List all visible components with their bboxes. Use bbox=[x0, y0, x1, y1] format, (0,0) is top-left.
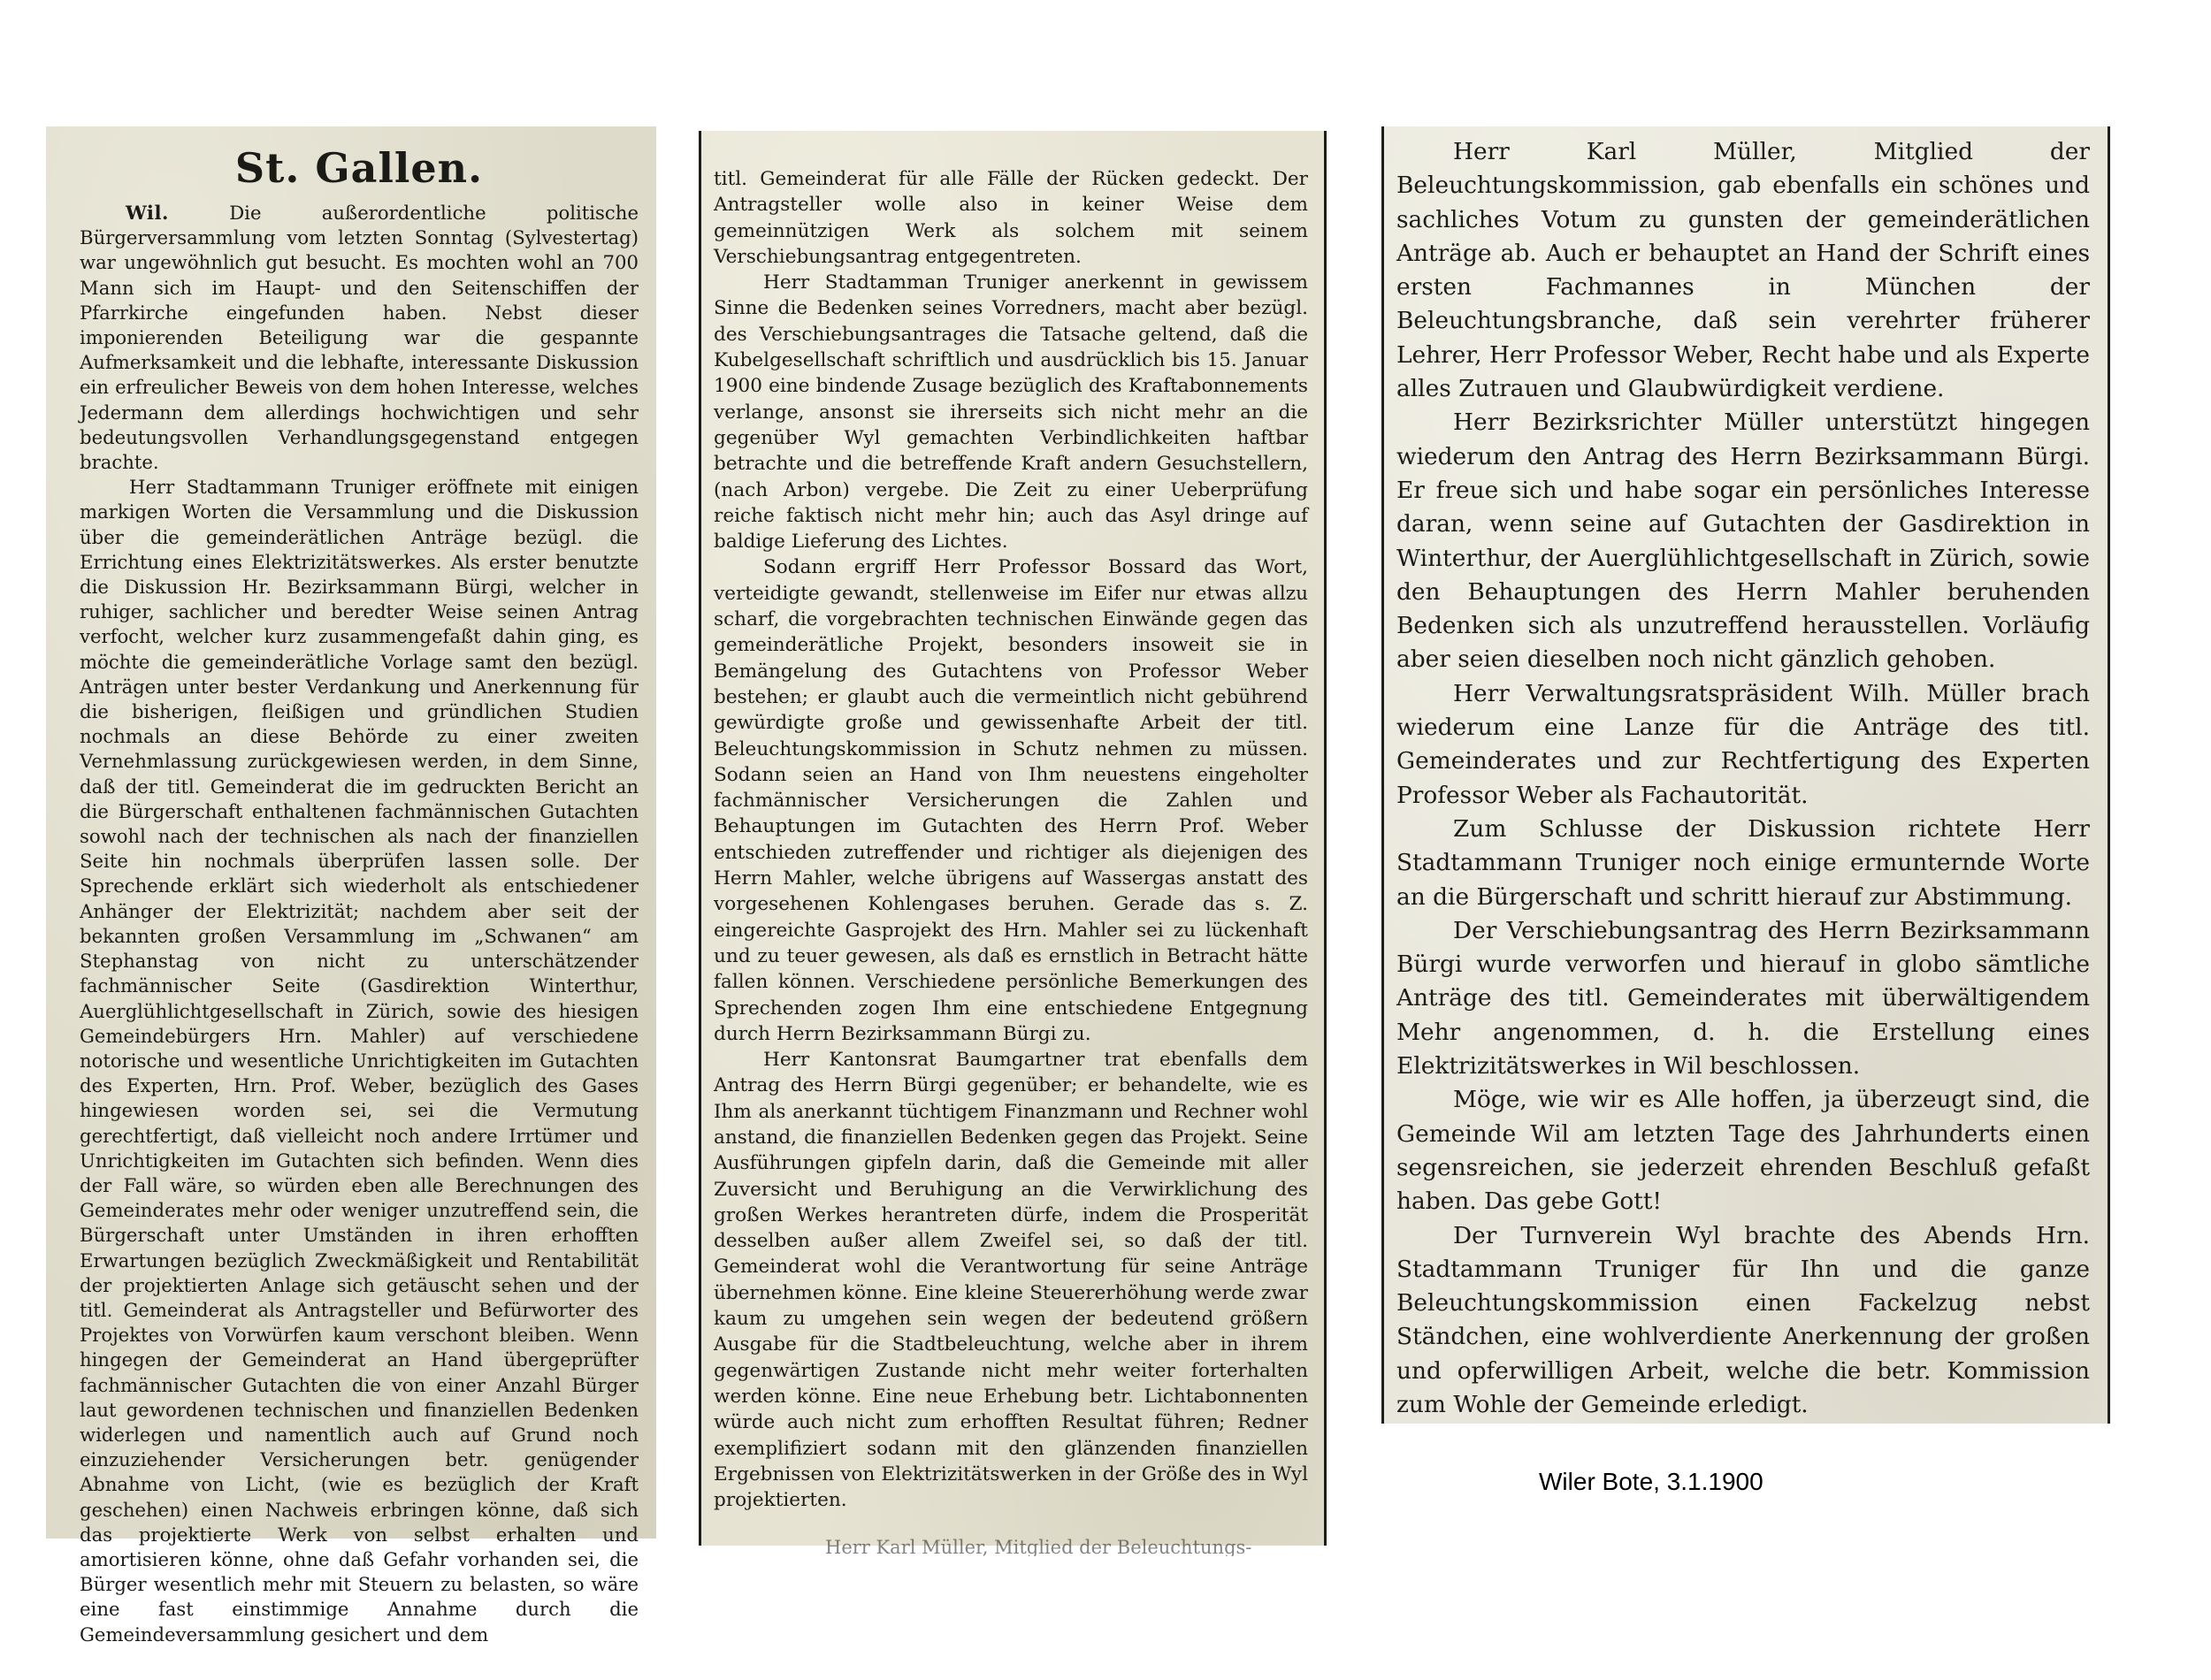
source-caption: Wiler Bote, 3.1.1900 bbox=[1539, 1468, 1763, 1496]
section-headline: St. Gallen. bbox=[80, 139, 639, 197]
dateline: Wil. bbox=[126, 202, 169, 224]
cut-off-line: Herr Karl Müller, Mitglied der Beleuchtu… bbox=[701, 1539, 1324, 1556]
paragraph-text: Die außerordentliche politische Bürgerve… bbox=[80, 202, 639, 473]
newspaper-clipping-left: St. Gallen. Wil. Die außerordentliche po… bbox=[46, 126, 656, 1539]
article-paragraph: Herr Karl Müller, Mitglied der Beleuchtu… bbox=[1396, 135, 2090, 406]
newspaper-clipping-middle: titl. Gemeinderat für alle Fälle der Rüc… bbox=[699, 131, 1327, 1546]
article-paragraph: Zum Schlusse der Diskussion richtete Her… bbox=[1396, 813, 2090, 914]
article-paragraph: Möge, wie wir es Alle hoffen, ja überzeu… bbox=[1396, 1083, 2090, 1218]
article-paragraph: Sodann ergriff Herr Professor Bossard da… bbox=[714, 554, 1308, 1047]
article-paragraph: titl. Gemeinderat für alle Fälle der Rüc… bbox=[714, 166, 1308, 270]
article-paragraph: Herr Stadtamman Truniger anerkennt in ge… bbox=[714, 270, 1308, 554]
article-paragraph: Der Turnverein Wyl brachte des Abends Hr… bbox=[1396, 1219, 2090, 1423]
article-paragraph: Herr Bezirksrichter Müller unterstützt h… bbox=[1396, 406, 2090, 676]
article-paragraph: Herr Stadtammann Truniger eröffnete mit … bbox=[80, 475, 639, 1647]
article-paragraph: Herr Verwaltungsratspräsident Wilh. Müll… bbox=[1396, 677, 2090, 813]
newspaper-clipping-right: Herr Karl Müller, Mitglied der Beleuchtu… bbox=[1381, 126, 2110, 1424]
article-paragraph: Der Verschiebungsantrag des Herrn Bezirk… bbox=[1396, 914, 2090, 1083]
article-paragraph: Wil. Die außerordentliche politische Bür… bbox=[80, 201, 639, 475]
article-paragraph: Herr Kantonsrat Baumgartner trat ebenfal… bbox=[714, 1047, 1308, 1513]
